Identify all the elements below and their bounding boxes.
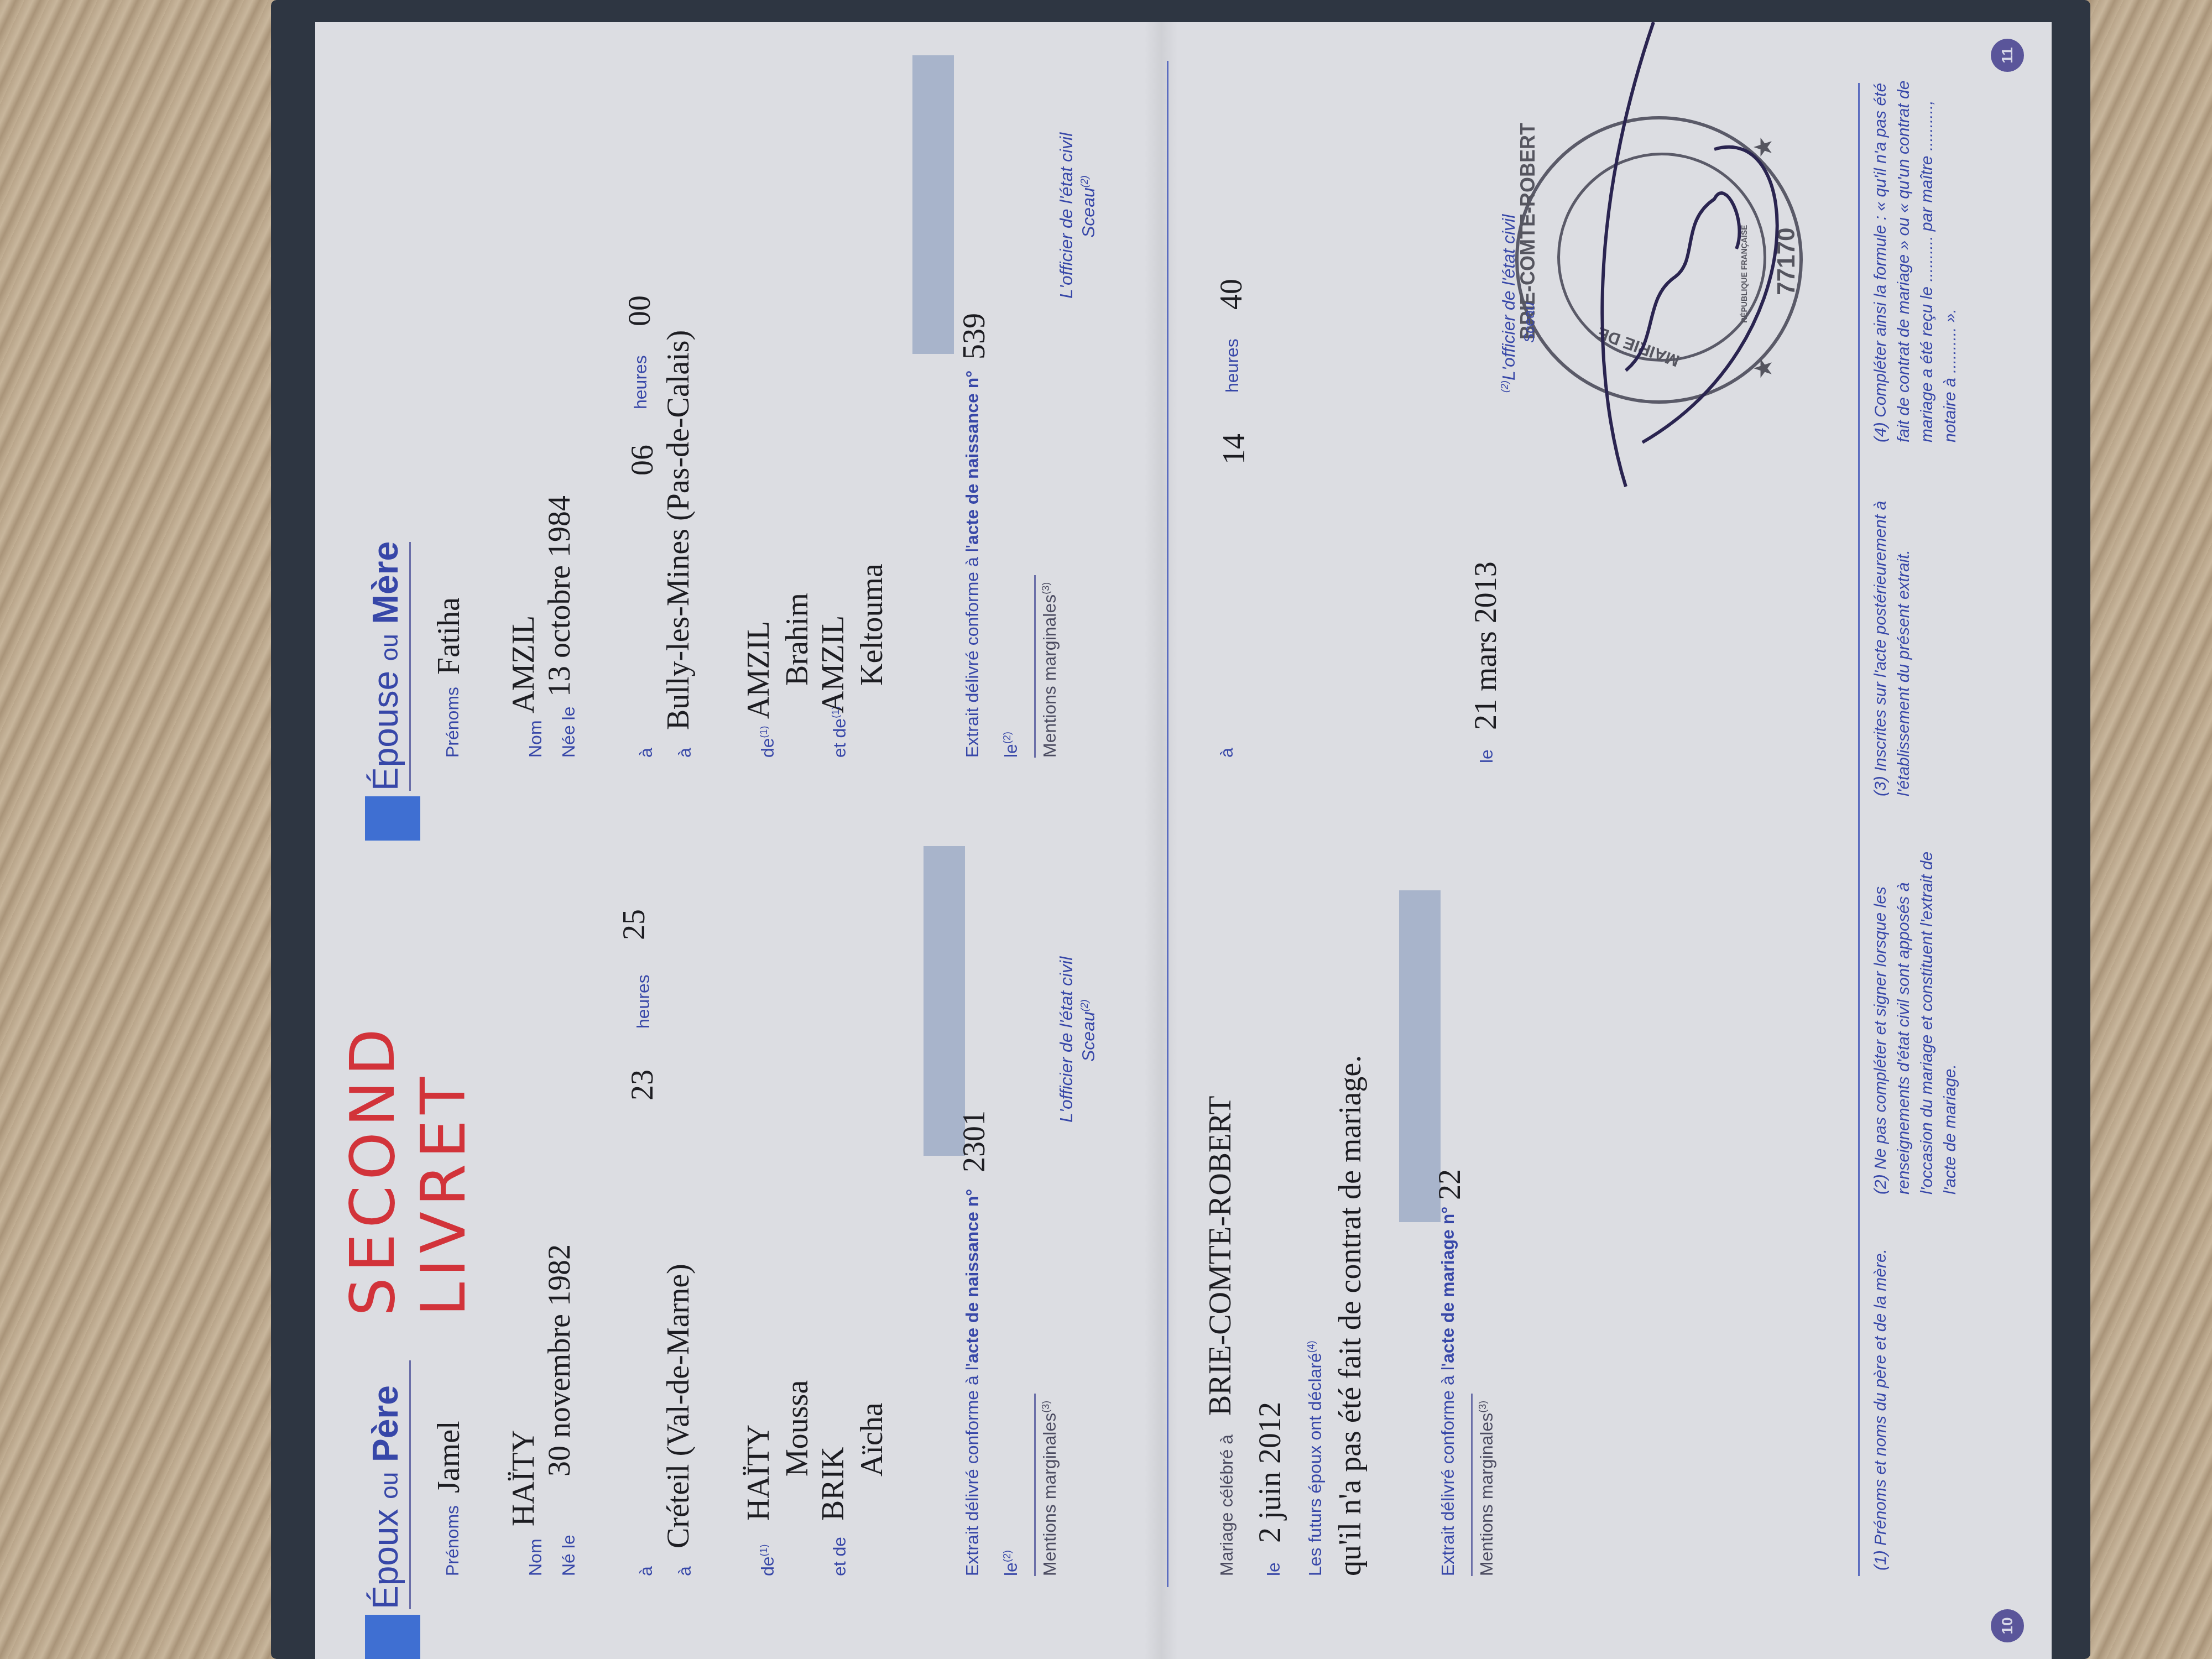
- marriage-extract-label: Extrait délivré conforme à l'acte de mar…: [1438, 1207, 1458, 1576]
- handwritten-annotation: SECOND LIVRET: [337, 841, 479, 1316]
- celebrated-label: Mariage célébré à: [1217, 1434, 1237, 1576]
- prenoms-label: Prénoms: [442, 687, 463, 758]
- mother-name: BRIK: [816, 1447, 851, 1521]
- mother-label: et de(1): [830, 706, 850, 758]
- father-label: de(1): [758, 726, 778, 758]
- a-label: à: [636, 748, 656, 758]
- accent-bar: [365, 1615, 420, 1659]
- marriage-le-label: le: [1264, 1562, 1284, 1576]
- marriage-minute: 40: [1214, 279, 1249, 310]
- page-number-right: 11: [1991, 39, 2024, 72]
- footnote-4: (4) Compléter ainsi la formule : « qu'il…: [1869, 77, 1962, 442]
- hour-value: 23: [625, 1070, 660, 1100]
- title-underline: [409, 542, 411, 791]
- le-label: le(2): [1001, 732, 1021, 758]
- title-underline: [409, 1360, 411, 1609]
- marriage-date: 2 juin 2012: [1253, 1402, 1288, 1543]
- celebrated-place: BRIE-COMTE-ROBERT: [1203, 1096, 1238, 1416]
- officer-label: L'officier de l'état civil: [1056, 957, 1077, 1123]
- heures-label: heures: [630, 355, 651, 409]
- declared-label: Les futurs époux ont déclaré(4): [1305, 1340, 1326, 1576]
- wife-column: Épouse ou Mère Prénoms Fatiha Nom AMZIL …: [315, 22, 1161, 841]
- marriage-hour: 14: [1217, 434, 1252, 465]
- a-place-label: à: [675, 748, 695, 758]
- hour-value: 06: [625, 445, 660, 476]
- ne-le-value: 30 novembre 1982: [542, 1244, 577, 1477]
- marriage-a-label: à: [1217, 748, 1237, 758]
- extract-label: Extrait délivré conforme à l'acte de nai…: [962, 1189, 983, 1576]
- seal-label: Sceau(2): [1078, 999, 1099, 1062]
- marriage-mentions-label: Mentions marginales(3): [1477, 1401, 1497, 1576]
- mentions-label: Mentions marginales(3): [1040, 582, 1060, 758]
- mother-name: AMZIL: [816, 615, 851, 713]
- footnote-2: (2) Ne pas compléter et signer lorsque l…: [1869, 841, 1962, 1194]
- father-name: AMZIL: [741, 621, 776, 719]
- nom-value: HAÏTY: [506, 1430, 541, 1526]
- nom-value: AMZIL: [506, 615, 541, 713]
- seal-label: Sceau(2): [1078, 175, 1099, 238]
- accent-bar: [365, 796, 420, 841]
- marriage-section: Mariage célébré à BRIE-COMTE-ROBERT à 14…: [1161, 22, 2052, 1659]
- heures-label: heures: [633, 974, 654, 1029]
- mother-firstname: Aïcha: [854, 1402, 890, 1477]
- husband-column: Époux ou Père SECOND LIVRET Prénoms Jame…: [315, 841, 1161, 1659]
- extract-label: Extrait délivré conforme à l'acte de nai…: [962, 371, 983, 758]
- mother-firstname: Keltouma: [854, 564, 890, 686]
- father-name: HAÏTY: [741, 1425, 776, 1521]
- mother-label: et de: [830, 1537, 850, 1576]
- nee-le-label: Née le: [559, 707, 579, 758]
- nom-label: Nom: [525, 1538, 546, 1576]
- le-label: le(2): [1001, 1550, 1021, 1576]
- footnote-3: (3) Inscrites sur l'acte postérieurement…: [1869, 465, 1916, 796]
- prenoms-value: Fatiha: [431, 597, 467, 675]
- wife-section-title: Épouse ou Mère: [365, 541, 406, 791]
- footnote-rule: [1858, 83, 1860, 1576]
- prenoms-label: Prénoms: [442, 1505, 463, 1576]
- marriage-top-rule: [1167, 61, 1168, 1587]
- a-place-label: à: [675, 1566, 695, 1576]
- divider: [1034, 1394, 1036, 1576]
- spouses-section: Époux ou Père SECOND LIVRET Prénoms Jame…: [315, 22, 1161, 1659]
- father-label: de(1): [758, 1544, 778, 1576]
- minute-value: 00: [622, 295, 658, 326]
- father-firstname: Moussa: [780, 1380, 815, 1477]
- declared-value: qu'il n'a pas été fait de contrat de mar…: [1333, 1055, 1368, 1576]
- signature: [1515, 11, 1825, 509]
- extract-number-box: [924, 846, 965, 1156]
- extract-number: 539: [957, 313, 992, 359]
- divider: [1034, 575, 1036, 758]
- prenoms-value: Jamel: [431, 1421, 467, 1493]
- mentions-label: Mentions marginales(3): [1040, 1401, 1060, 1576]
- extract-number: 2301: [957, 1110, 992, 1172]
- father-firstname: Brahim: [780, 593, 815, 686]
- place-value: Bully-les-Mines (Pas-de-Calais): [661, 330, 696, 730]
- place-value: Créteil (Val-de-Marne): [661, 1264, 696, 1548]
- minute-value: 25: [617, 909, 652, 940]
- footnote-1: (1) Prénoms et noms du père et de la mèr…: [1869, 1206, 1892, 1571]
- extract-number-box: [912, 55, 954, 354]
- page-number-left: 10: [1991, 1609, 2024, 1642]
- nee-le-value: 13 octobre 1984: [542, 495, 577, 697]
- extract-date: 21 mars 2013: [1468, 561, 1504, 730]
- livret-page-spread: Époux ou Père SECOND LIVRET Prénoms Jame…: [315, 22, 2052, 1659]
- marriage-officer-label: (2)L'officier de l'état civil: [1499, 215, 1519, 393]
- marriage-seal-label: Sceau: [1521, 302, 1538, 343]
- extract-le-label: le: [1477, 749, 1497, 763]
- marriage-extract-number: 22: [1432, 1169, 1468, 1200]
- husband-section-title: Époux ou Père: [365, 1385, 406, 1609]
- ne-le-label: Né le: [559, 1535, 579, 1576]
- nom-label: Nom: [525, 720, 546, 758]
- a-label: à: [636, 1566, 656, 1576]
- divider: [1471, 1394, 1473, 1576]
- officer-label: L'officier de l'état civil: [1056, 133, 1077, 299]
- marriage-heures-label: heures: [1222, 338, 1243, 393]
